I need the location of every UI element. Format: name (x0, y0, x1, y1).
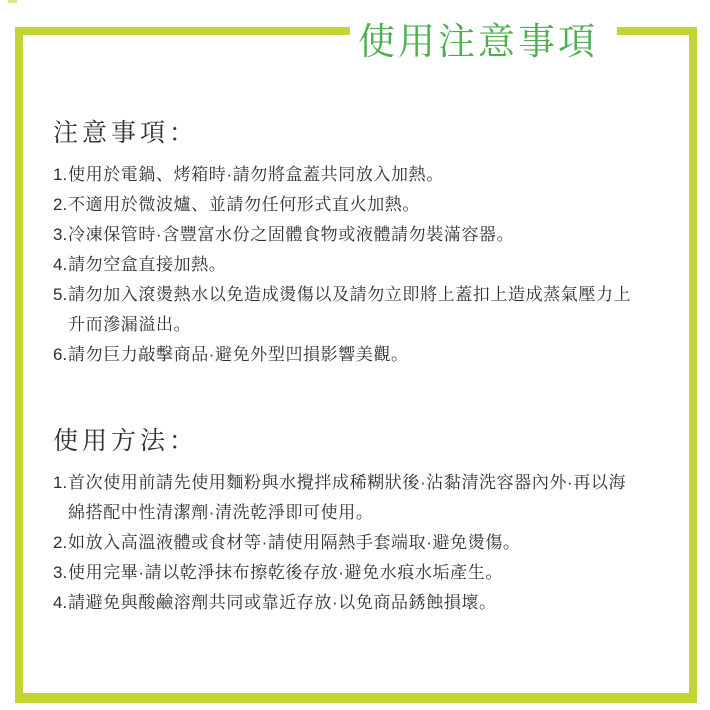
section-heading: 注意事項： (53, 116, 659, 150)
list-item: 4.請避免與酸鹼溶劑共同或靠近存放·以免商品銹蝕損壞。 (53, 588, 659, 618)
section-heading: 使用方法： (53, 424, 659, 458)
instruction-section: 注意事項：1.使用於電鍋、烤箱時·請勿將盒蓋共同放入加熱。2.不適用於微波爐、並… (53, 116, 659, 370)
item-text: 不適用於微波爐、並請勿任何形式直火加熱。 (68, 190, 420, 220)
item-text: 請避免與酸鹼溶劑共同或靠近存放·以免商品銹蝕損壞。 (68, 588, 497, 618)
item-number: 1. (53, 468, 68, 498)
item-text: 使用於電鍋、烤箱時·請勿將盒蓋共同放入加熱。 (68, 160, 444, 190)
instructions-content: 注意事項：1.使用於電鍋、烤箱時·請勿將盒蓋共同放入加熱。2.不適用於微波爐、並… (53, 116, 659, 618)
list-item: 3.冷凍保管時·含豐富水份之固體食物或液體請勿裝滿容器。 (53, 220, 659, 250)
item-number: 1. (53, 160, 68, 190)
list-item: 1.首次使用前請先使用麵粉與水攪拌成稀糊狀後·沾黏清洗容器內外·再以海 綿搭配中… (53, 468, 659, 528)
item-number: 2. (53, 528, 68, 558)
item-number: 3. (53, 558, 68, 588)
item-number: 4. (53, 250, 68, 280)
item-number: 6. (53, 340, 68, 370)
item-text: 請勿巨力敲擊商品·避免外型凹損影響美觀。 (68, 340, 409, 370)
item-text: 請勿加入滾燙熱水以免造成燙傷以及請勿立即將上蓋扣上造成蒸氣壓力上 升而滲漏溢出。 (68, 280, 631, 340)
list-item: 2.不適用於微波爐、並請勿任何形式直火加熱。 (53, 190, 659, 220)
list-item: 4.請勿空盒直接加熱。 (53, 250, 659, 280)
list-item: 6.請勿巨力敲擊商品·避免外型凹損影響美觀。 (53, 340, 659, 370)
list-item: 3.使用完畢·請以乾淨抹布擦乾後存放·避免水痕水垢產生。 (53, 558, 659, 588)
item-text: 冷凍保管時·含豐富水份之固體食物或液體請勿裝滿容器。 (68, 220, 514, 250)
instruction-list: 1.使用於電鍋、烤箱時·請勿將盒蓋共同放入加熱。2.不適用於微波爐、並請勿任何形… (53, 160, 659, 370)
item-number: 4. (53, 588, 68, 618)
item-number: 3. (53, 220, 68, 250)
item-text: 使用完畢·請以乾淨抹布擦乾後存放·避免水痕水垢產生。 (68, 558, 503, 588)
list-item: 1.使用於電鍋、烤箱時·請勿將盒蓋共同放入加熱。 (53, 160, 659, 190)
instruction-list: 1.首次使用前請先使用麵粉與水攪拌成稀糊狀後·沾黏清洗容器內外·再以海 綿搭配中… (53, 468, 659, 618)
list-item: 2.如放入高溫液體或食材等·請使用隔熱手套端取·避免燙傷。 (53, 528, 659, 558)
list-item: 5.請勿加入滾燙熱水以免造成燙傷以及請勿立即將上蓋扣上造成蒸氣壓力上 升而滲漏溢… (53, 280, 659, 340)
stray-mark (8, 0, 17, 3)
item-text: 請勿空盒直接加熱。 (68, 250, 226, 280)
item-text: 首次使用前請先使用麵粉與水攪拌成稀糊狀後·沾黏清洗容器內外·再以海 綿搭配中性清… (68, 468, 626, 528)
item-number: 2. (53, 190, 68, 220)
item-text: 如放入高溫液體或食材等·請使用隔熱手套端取·避免燙傷。 (68, 528, 521, 558)
instruction-section: 使用方法：1.首次使用前請先使用麵粉與水攪拌成稀糊狀後·沾黏清洗容器內外·再以海… (53, 424, 659, 618)
item-number: 5. (53, 280, 68, 310)
